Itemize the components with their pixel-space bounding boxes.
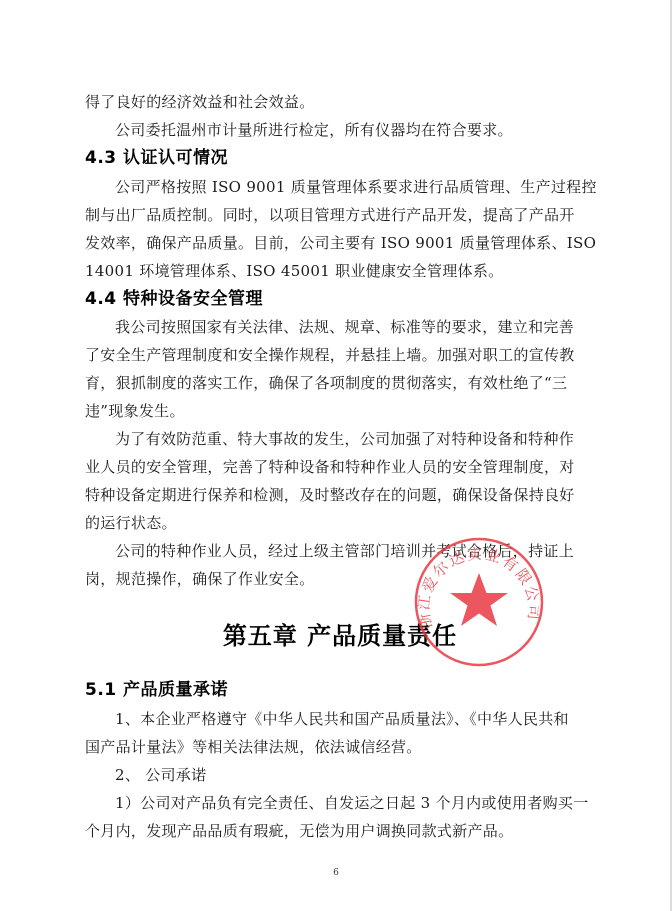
text-line: 1、本企业严格遵守《中华人民共和国产品质量法》、《中华人民共和	[85, 705, 625, 733]
section-heading-4-4: 4.4 特种设备安全管理	[85, 285, 595, 313]
text-line: 公司委托温州市计量所进行检定，所有仪器均在符合要求。	[85, 116, 625, 144]
text-line: 发效率，确保产品质量。目前，公司主要有 ISO 9001 质量管理体系、ISO	[85, 229, 595, 257]
company-seal: 浙江爱尔达实业有限公司	[412, 535, 546, 669]
section-heading-4-3: 4.3 认证认可情况	[85, 144, 595, 172]
text-line: 我公司按照国家有关法律、法规、规章、标准等的要求，建立和完善	[85, 313, 625, 341]
text-line: 2、 公司承诺	[85, 761, 625, 789]
text-line: 为了有效防范重、特大事故的发生，公司加强了对特种设备和特种作	[85, 425, 625, 453]
text-line: 育，狠抓制度的落实工作，确保了各项制度的贯彻落实，有效杜绝了“三	[85, 369, 595, 397]
text-line: 违”现象发生。	[85, 397, 595, 425]
text-line: 14001 环境管理体系、ISO 45001 职业健康安全管理体系。	[85, 257, 595, 285]
text-line: 得了良好的经济效益和社会效益。	[85, 88, 595, 116]
text-line: 个月内，发现产品品质有瑕疵，无偿为用户调换同款式新产品。	[85, 817, 595, 845]
page-number: 6	[0, 868, 672, 878]
text-line: 制与出厂品质控制。同时，以项目管理方式进行产品开发，提高了产品开	[85, 201, 595, 229]
text-line: 业人员的安全管理，完善了特种设备和特种作业人员的安全管理制度，对	[85, 453, 595, 481]
text-line: 了安全生产管理制度和安全操作规程，并悬挂上墙。加强对职工的宣传教	[85, 341, 595, 369]
text-line: 1）公司对产品负有完全责任、自发运之日起 3 个月内或使用者购买一	[85, 789, 625, 817]
text-line: 国产品计量法》等相关法律法规，依法诚信经营。	[85, 733, 595, 761]
text-line: 特种设备定期进行保养和检测，及时整改存在的问题，确保设备保持良好	[85, 481, 595, 509]
star-icon	[450, 573, 508, 626]
text-line: 的运行状态。	[85, 509, 595, 537]
section-heading-5-1: 5.1 产品质量承诺	[85, 676, 595, 704]
text-line: 公司严格按照 ISO 9001 质量管理体系要求进行品质管理、生产过程控	[85, 173, 625, 201]
